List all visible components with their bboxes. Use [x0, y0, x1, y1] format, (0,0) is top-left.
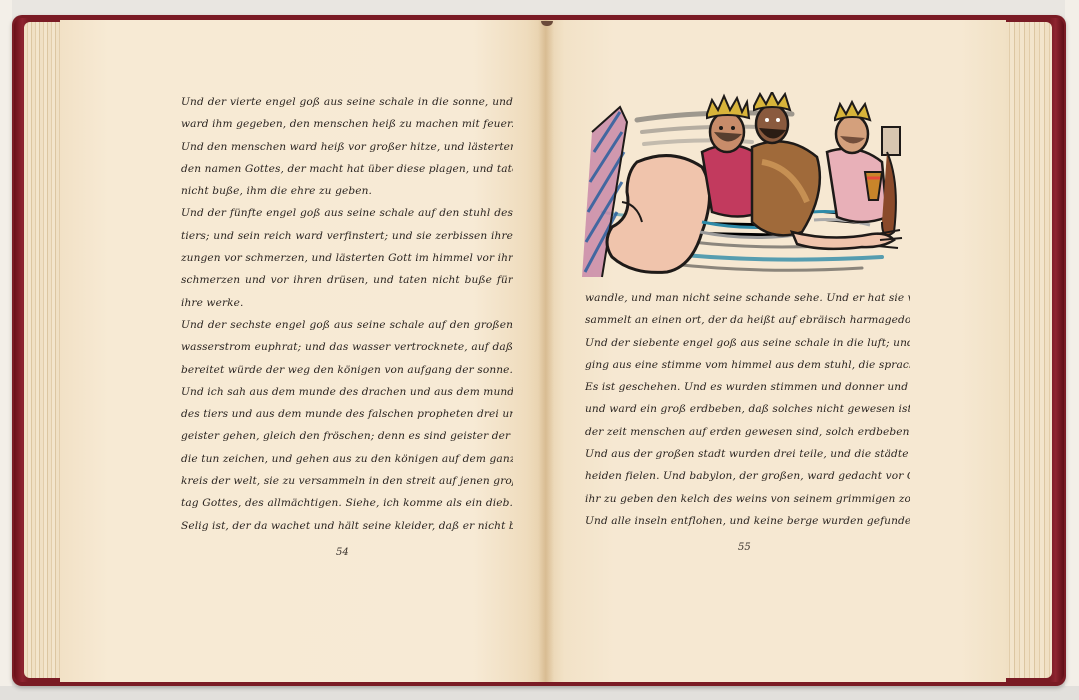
text-line: Und ich sah aus dem munde des drachen un…	[181, 381, 513, 403]
page-number-right: 55	[738, 542, 751, 553]
text-line: wandle, und man nicht seine schande sehe…	[585, 287, 910, 309]
text-line: tiers; und sein reich ward verfinstert; …	[181, 225, 513, 247]
text-line: Und der fünfte engel goß aus seine schal…	[181, 202, 513, 224]
text-line: Und der sechste engel goß aus seine scha…	[181, 314, 513, 336]
right-page-text: wandle, und man nicht seine schande sehe…	[585, 287, 910, 532]
text-line: Und den menschen ward heiß vor großer hi…	[181, 136, 513, 158]
kings-illustration	[582, 92, 912, 278]
text-line: Und alle inseln entflohen, und keine ber…	[585, 510, 910, 532]
book-gutter	[538, 20, 554, 682]
text-line: ihr zu geben den kelch des weins von sei…	[585, 488, 910, 510]
background-right	[1065, 0, 1079, 700]
text-line: Und der vierte engel goß aus seine schal…	[181, 91, 513, 113]
text-line: wasserstrom euphrat; und das wasser vert…	[181, 336, 513, 358]
text-line: heiden fielen. Und babylon, der großen, …	[585, 465, 910, 487]
text-line: schmerzen und vor ihren drüsen, und tate…	[181, 269, 513, 291]
background-left	[0, 0, 12, 700]
text-line: Und der siebente engel goß aus seine sch…	[585, 332, 910, 354]
text-line: Selig ist, der da wachet und hält seine …	[181, 515, 513, 537]
cover-edge-right	[1050, 18, 1064, 682]
page-edges-right	[1000, 22, 1052, 678]
text-line: ging aus eine stimme vom himmel aus dem …	[585, 354, 910, 376]
left-page-text: Und der vierte engel goß aus seine schal…	[181, 91, 513, 537]
background-bottom	[0, 686, 1079, 700]
text-line: sammelt an einen ort, der da heißt auf e…	[585, 309, 910, 331]
text-line: ihre werke.	[181, 292, 513, 314]
text-line: den namen Gottes, der macht hat über die…	[181, 158, 513, 180]
text-line: und ward ein groß erdbeben, daß solches …	[585, 398, 910, 420]
text-line: geister gehen, gleich den fröschen; denn…	[181, 425, 513, 447]
text-line: kreis der welt, sie zu versammeln in den…	[181, 470, 513, 492]
text-line: des tiers und aus dem munde des falschen…	[181, 403, 513, 425]
text-line: bereitet würde der weg den königen von a…	[181, 359, 513, 381]
text-line: die tun zeichen, und gehen aus zu den kö…	[181, 448, 513, 470]
text-line: zungen vor schmerzen, und lästerten Gott…	[181, 247, 513, 269]
page-number-left: 54	[336, 547, 349, 558]
text-line: Und aus der großen stadt wurden drei tei…	[585, 443, 910, 465]
text-line: nicht buße, ihm die ehre zu geben.	[181, 180, 513, 202]
text-line: ward ihm gegeben, den menschen heiß zu m…	[181, 113, 513, 135]
text-line: tag Gottes, des allmächtigen. Siehe, ich…	[181, 492, 513, 514]
text-line: der zeit menschen auf erden gewesen sind…	[585, 421, 910, 443]
text-line: Es ist geschehen. Und es wurden stimmen …	[585, 376, 910, 398]
